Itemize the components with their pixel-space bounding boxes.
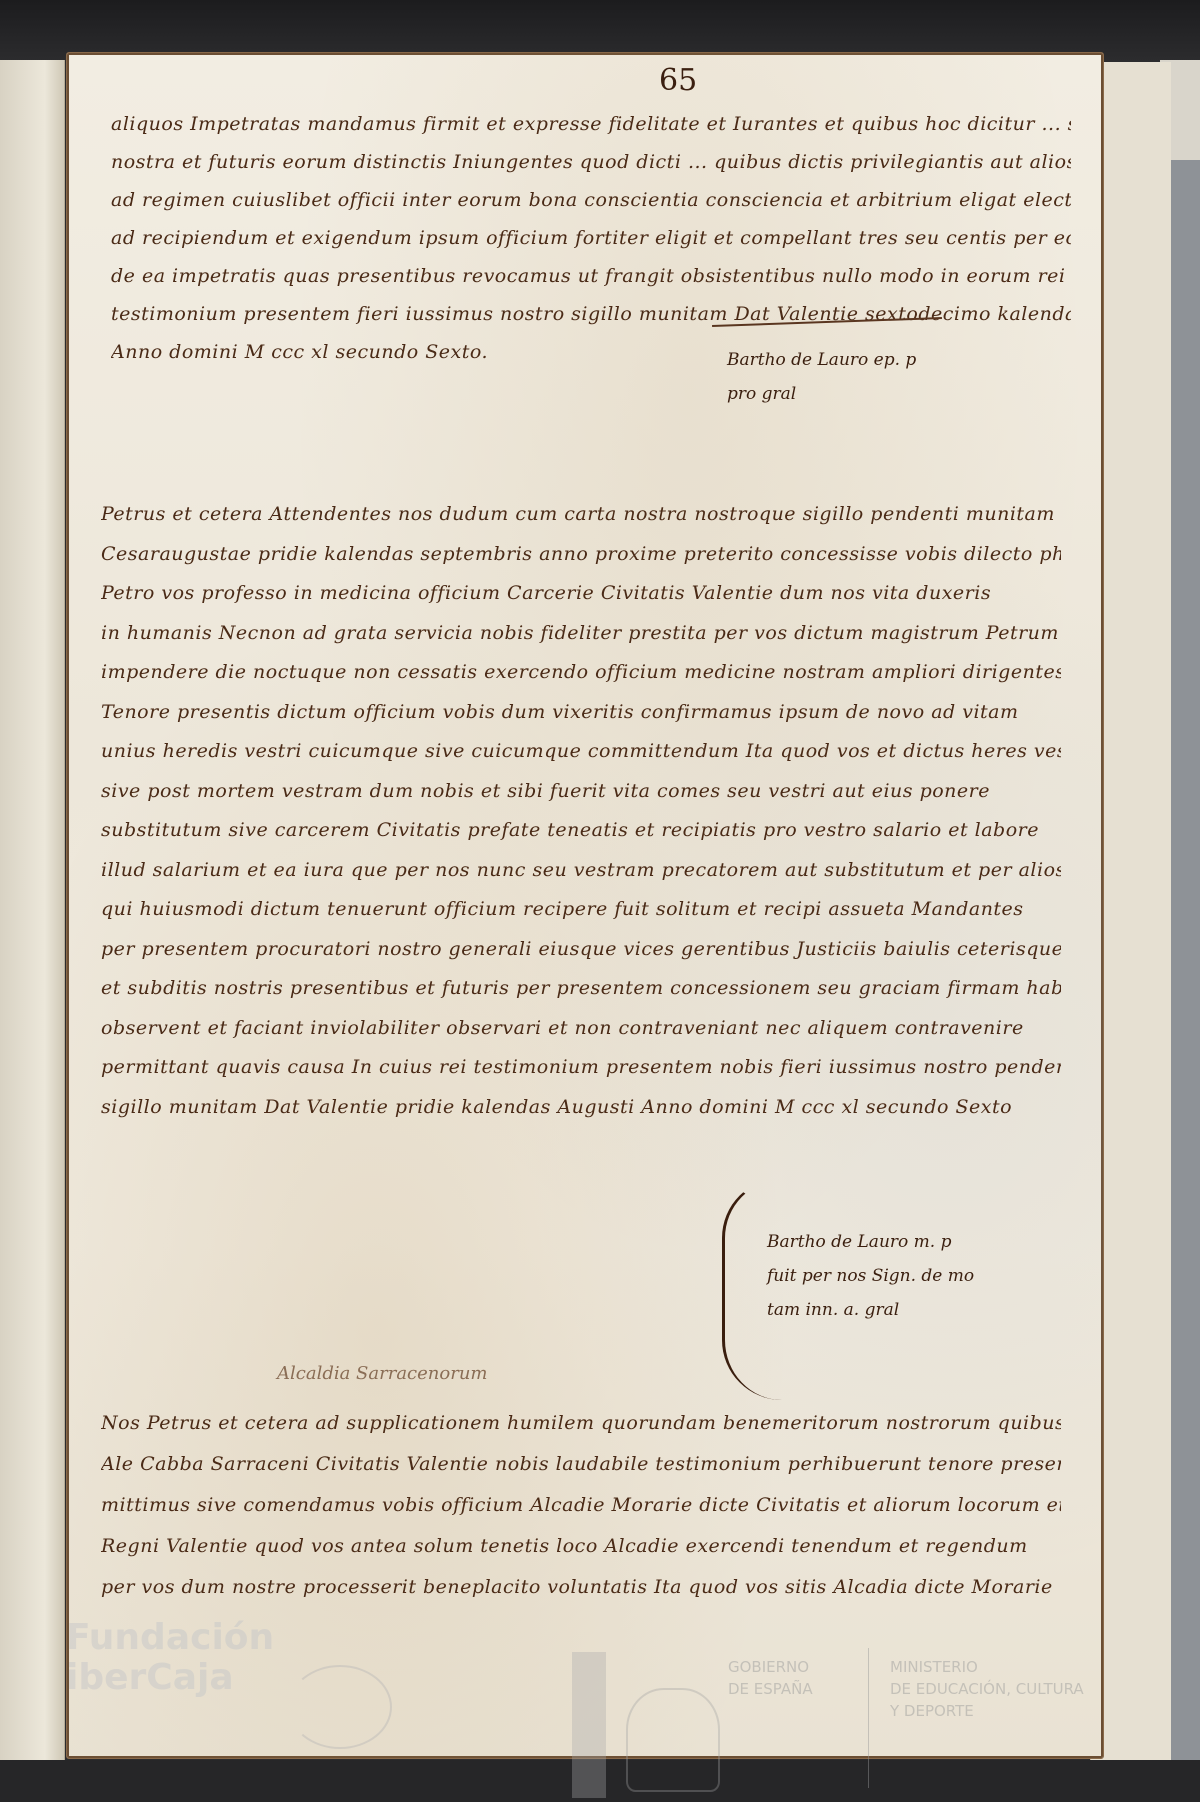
watermark-divider xyxy=(868,1648,869,1788)
manuscript-line: de ea impetratis quas presentibus revoca… xyxy=(111,257,1071,295)
signature-1: Bartho de Lauro ep. p pro gral xyxy=(727,343,916,411)
manuscript-line: aliquos Impetratas mandamus firmit et ex… xyxy=(111,105,1071,143)
signature-line: pro gral xyxy=(727,377,916,411)
manuscript-line: nostra et futuris eorum distinctis Iniun… xyxy=(111,143,1071,181)
manuscript-line: Petro vos professo in medicina officium … xyxy=(101,574,1061,614)
manuscript-line: Anno domini M ccc xl secundo Sexto. xyxy=(111,333,1071,371)
manuscript-line: Cesaraugustae pridie kalendas septembris… xyxy=(101,535,1061,575)
folio-number: 65 xyxy=(659,63,697,98)
manuscript-line: in humanis Necnon ad grata servicia nobi… xyxy=(101,614,1061,654)
manuscript-line: Nos Petrus et cetera ad supplicationem h… xyxy=(101,1403,1061,1444)
manuscript-line: Regni Valentie quod vos antea solum tene… xyxy=(101,1526,1061,1567)
manuscript-line: sive post mortem vestram dum nobis et si… xyxy=(101,772,1061,812)
manuscript-line: permittant quavis causa In cuius rei tes… xyxy=(101,1048,1061,1088)
manuscript-line: Ale Cabba Sarraceni Civitatis Valentie n… xyxy=(101,1444,1061,1485)
manuscript-line: Petrus et cetera Attendentes nos dudum c… xyxy=(101,495,1061,535)
signature-line: Bartho de Lauro ep. p xyxy=(727,343,916,377)
manuscript-line: observent et faciant inviolabiliter obse… xyxy=(101,1009,1061,1049)
manuscript-page: 65 aliquos Impetratas mandamus firmit et… xyxy=(66,52,1104,1759)
foundation-logo-icon xyxy=(288,1665,392,1749)
manuscript-line: Tenore presentis dictum officium vobis d… xyxy=(101,693,1061,733)
manuscript-line: et subditis nostris presentibus et futur… xyxy=(101,969,1061,1009)
manuscript-line: impendere die noctuque non cessatis exer… xyxy=(101,653,1061,693)
text-block-2: Petrus et cetera Attendentes nos dudum c… xyxy=(101,495,1061,1127)
manuscript-line: qui huiusmodi dictum tenuerunt officium … xyxy=(101,890,1061,930)
margin-note: Alcaldia Sarracenorum xyxy=(277,1363,488,1384)
flag-stripe-icon xyxy=(572,1652,606,1798)
manuscript-line: unius heredis vestri cuicumque sive cuic… xyxy=(101,732,1061,772)
text-block-3: Nos Petrus et cetera ad supplicationem h… xyxy=(101,1403,1061,1608)
manuscript-line: substitutum sive carcerem Civitatis pref… xyxy=(101,811,1061,851)
manuscript-line: ad recipiendum et exigendum ipsum offici… xyxy=(111,219,1071,257)
signature-2: Bartho de Lauro m. p fuit per nos Sign. … xyxy=(767,1225,974,1327)
manuscript-line: illud salarium et ea iura que per nos nu… xyxy=(101,851,1061,891)
manuscript-line: testimonium presentem fieri iussimus nos… xyxy=(111,295,1071,333)
manuscript-line: per vos dum nostre processerit beneplaci… xyxy=(101,1567,1061,1608)
facing-page-edge xyxy=(0,60,65,1765)
manuscript-line: sigillo munitam Dat Valentie pridie kale… xyxy=(101,1088,1061,1128)
signature-line: fuit per nos Sign. de mo xyxy=(767,1259,974,1293)
manuscript-line: mittimus sive comendamus vobis officium … xyxy=(101,1485,1061,1526)
signature-line: Bartho de Lauro m. p xyxy=(767,1225,974,1259)
ministry-watermark: MINISTERIO DE EDUCACIÓN, CULTURA Y DEPOR… xyxy=(890,1656,1084,1722)
text-block-1: aliquos Impetratas mandamus firmit et ex… xyxy=(111,105,1071,371)
signature-line: tam inn. a. gral xyxy=(767,1293,974,1327)
coat-of-arms-icon xyxy=(626,1688,720,1792)
manuscript-line: ad regimen cuiuslibet officii inter eoru… xyxy=(111,181,1071,219)
foundation-watermark: Fundación iberCaja xyxy=(66,1618,274,1698)
government-watermark: GOBIERNO DE ESPAÑA xyxy=(728,1656,813,1700)
manuscript-line: per presentem procuratori nostro general… xyxy=(101,930,1061,970)
